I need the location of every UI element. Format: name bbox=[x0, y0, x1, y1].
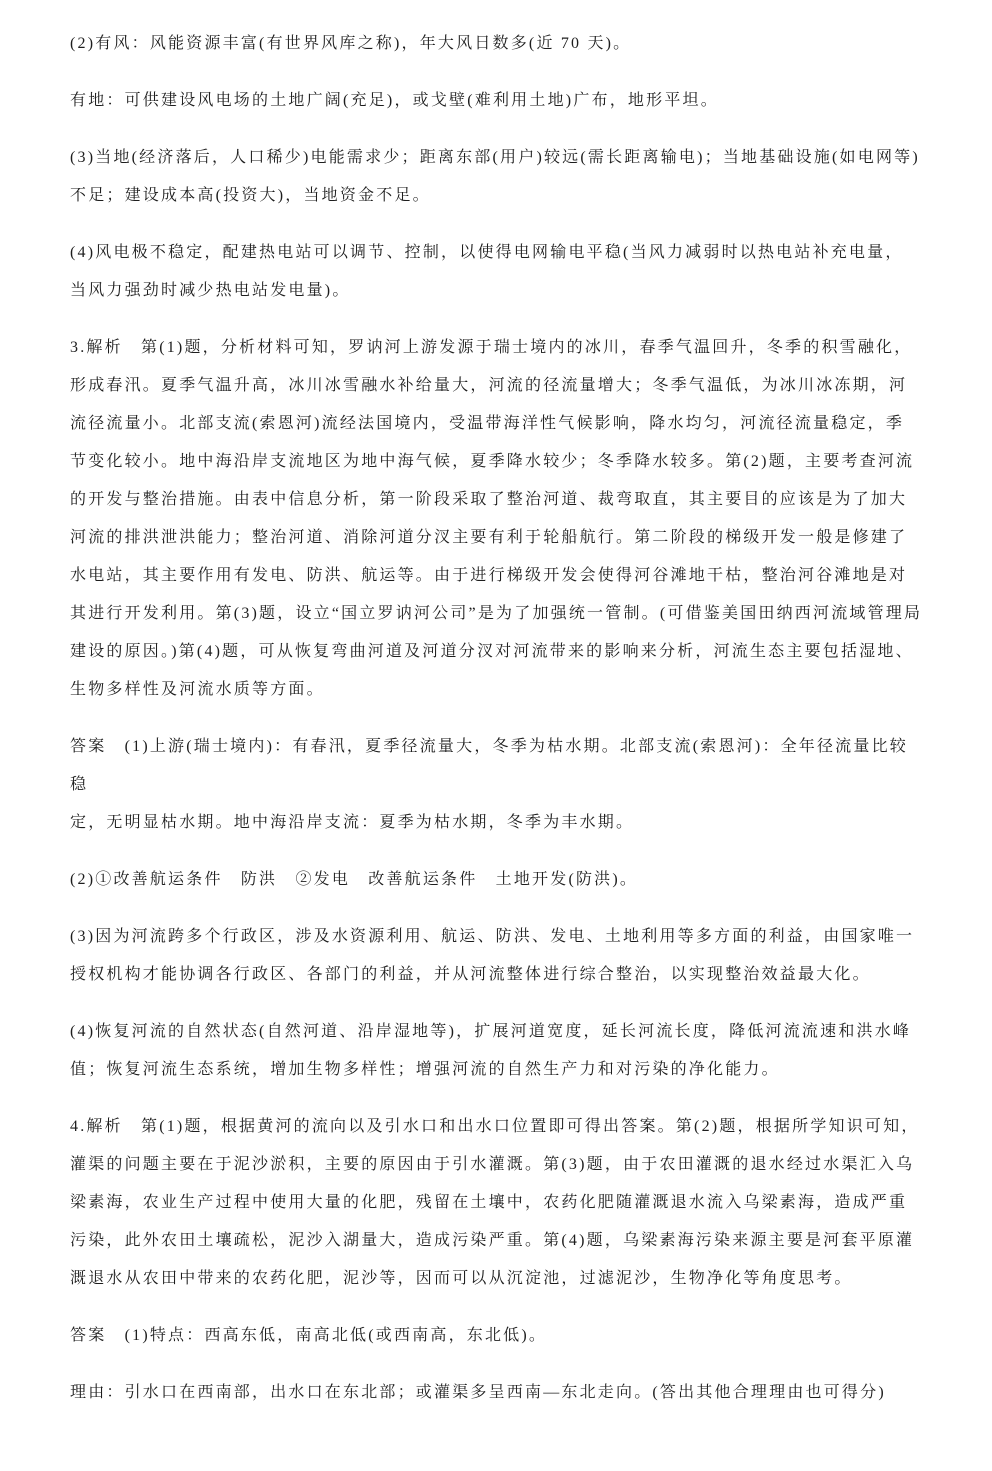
paragraph-line: (2)有风：风能资源丰富(有世界风库之称)，年大风日数多(近 70 天)。 bbox=[70, 25, 924, 63]
paragraph-line: 节变化较小。地中海沿岸支流地区为地中海气候，夏季降水较少；冬季降水较多。第(2)… bbox=[70, 443, 924, 481]
paragraph: (2)有风：风能资源丰富(有世界风库之称)，年大风日数多(近 70 天)。 bbox=[70, 25, 924, 63]
paragraph-line: 灌渠的问题主要在于泥沙淤积，主要的原因由于引水灌溉。第(3)题，由于农田灌溉的退… bbox=[70, 1146, 924, 1184]
paragraph-line: 答案 (1)上游(瑞士境内)：有春汛，夏季径流量大，冬季为枯水期。北部支流(索恩… bbox=[70, 728, 924, 804]
paragraph-line: 形成春汛。夏季气温升高，冰川冰雪融水补给量大，河流的径流量增大；冬季气温低，为冰… bbox=[70, 367, 924, 405]
paragraph-line: 污染，此外农田土壤疏松，泥沙入湖量大，造成污染严重。第(4)题，乌梁素海污染来源… bbox=[70, 1222, 924, 1260]
paragraph: 4.解析 第(1)题，根据黄河的流向以及引水口和出水口位置即可得出答案。第(2)… bbox=[70, 1108, 924, 1298]
paragraph: 理由：引水口在西南部，出水口在东北部；或灌渠多呈西南—东北走向。(答出其他合理理… bbox=[70, 1374, 924, 1412]
paragraph: 3.解析 第(1)题，分析材料可知，罗讷河上游发源于瑞士境内的冰川，春季气温回升… bbox=[70, 329, 924, 709]
paragraph: 答案 (1)上游(瑞士境内)：有春汛，夏季径流量大，冬季为枯水期。北部支流(索恩… bbox=[70, 728, 924, 842]
paragraph-line: 值；恢复河流生态系统，增加生物多样性；增强河流的自然生产力和对污染的净化能力。 bbox=[70, 1051, 924, 1089]
document-body: (2)有风：风能资源丰富(有世界风库之称)，年大风日数多(近 70 天)。有地：… bbox=[70, 25, 924, 1412]
paragraph-line: 梁素海，农业生产过程中使用大量的化肥，残留在土壤中，农药化肥随灌溉退水流入乌梁素… bbox=[70, 1184, 924, 1222]
paragraph: (3)当地(经济落后，人口稀少)电能需求少；距离东部(用户)较远(需长距离输电)… bbox=[70, 139, 924, 215]
paragraph-line: 4.解析 第(1)题，根据黄河的流向以及引水口和出水口位置即可得出答案。第(2)… bbox=[70, 1108, 924, 1146]
paragraph-line: 有地：可供建设风电场的土地广阔(充足)，或戈壁(难利用土地)广布，地形平坦。 bbox=[70, 82, 924, 120]
paragraph-line: (3)因为河流跨多个行政区，涉及水资源利用、航运、防洪、发电、土地利用等多方面的… bbox=[70, 918, 924, 956]
paragraph-line: 建设的原因。)第(4)题，可从恢复弯曲河道及河道分汊对河流带来的影响来分析，河流… bbox=[70, 633, 924, 671]
paragraph-line: 3.解析 第(1)题，分析材料可知，罗讷河上游发源于瑞士境内的冰川，春季气温回升… bbox=[70, 329, 924, 367]
paragraph-line: 当风力强劲时减少热电站发电量)。 bbox=[70, 272, 924, 310]
paragraph: (2)①改善航运条件 防洪 ②发电 改善航运条件 土地开发(防洪)。 bbox=[70, 861, 924, 899]
paragraph-line: (2)①改善航运条件 防洪 ②发电 改善航运条件 土地开发(防洪)。 bbox=[70, 861, 924, 899]
paragraph-line: 定，无明显枯水期。地中海沿岸支流：夏季为枯水期，冬季为丰水期。 bbox=[70, 804, 924, 842]
paragraph-line: 的开发与整治措施。由表中信息分析，第一阶段采取了整治河道、裁弯取直，其主要目的应… bbox=[70, 481, 924, 519]
paragraph: (4)恢复河流的自然状态(自然河道、沿岸湿地等)，扩展河道宽度，延长河流长度，降… bbox=[70, 1013, 924, 1089]
document-page: (2)有风：风能资源丰富(有世界风库之称)，年大风日数多(近 70 天)。有地：… bbox=[0, 0, 992, 1471]
paragraph-line: 流径流量小。北部支流(索恩河)流经法国境内，受温带海洋性气候影响，降水均匀，河流… bbox=[70, 405, 924, 443]
paragraph-line: (4)风电极不稳定，配建热电站可以调节、控制，以使得电网输电平稳(当风力减弱时以… bbox=[70, 234, 924, 272]
paragraph: 有地：可供建设风电场的土地广阔(充足)，或戈壁(难利用土地)广布，地形平坦。 bbox=[70, 82, 924, 120]
paragraph-line: 溉退水从农田中带来的农药化肥，泥沙等，因而可以从沉淀池，过滤泥沙，生物净化等角度… bbox=[70, 1260, 924, 1298]
paragraph-line: 生物多样性及河流水质等方面。 bbox=[70, 671, 924, 709]
paragraph: 答案 (1)特点：西高东低，南高北低(或西南高，东北低)。 bbox=[70, 1317, 924, 1355]
paragraph: (3)因为河流跨多个行政区，涉及水资源利用、航运、防洪、发电、土地利用等多方面的… bbox=[70, 918, 924, 994]
paragraph-line: (3)当地(经济落后，人口稀少)电能需求少；距离东部(用户)较远(需长距离输电)… bbox=[70, 139, 924, 177]
paragraph-line: 答案 (1)特点：西高东低，南高北低(或西南高，东北低)。 bbox=[70, 1317, 924, 1355]
paragraph-line: 授权机构才能协调各行政区、各部门的利益，并从河流整体进行综合整治，以实现整治效益… bbox=[70, 956, 924, 994]
paragraph-line: 不足；建设成本高(投资大)，当地资金不足。 bbox=[70, 177, 924, 215]
paragraph-line: 河流的排洪泄洪能力；整治河道、消除河道分汊主要有利于轮船航行。第二阶段的梯级开发… bbox=[70, 519, 924, 557]
paragraph-line: 其进行开发利用。第(3)题，设立“国立罗讷河公司”是为了加强统一管制。(可借鉴美… bbox=[70, 595, 924, 633]
paragraph-line: 水电站，其主要作用有发电、防洪、航运等。由于进行梯级开发会使得河谷滩地干枯，整治… bbox=[70, 557, 924, 595]
paragraph-line: (4)恢复河流的自然状态(自然河道、沿岸湿地等)，扩展河道宽度，延长河流长度，降… bbox=[70, 1013, 924, 1051]
paragraph-line: 理由：引水口在西南部，出水口在东北部；或灌渠多呈西南—东北走向。(答出其他合理理… bbox=[70, 1374, 924, 1412]
paragraph: (4)风电极不稳定，配建热电站可以调节、控制，以使得电网输电平稳(当风力减弱时以… bbox=[70, 234, 924, 310]
